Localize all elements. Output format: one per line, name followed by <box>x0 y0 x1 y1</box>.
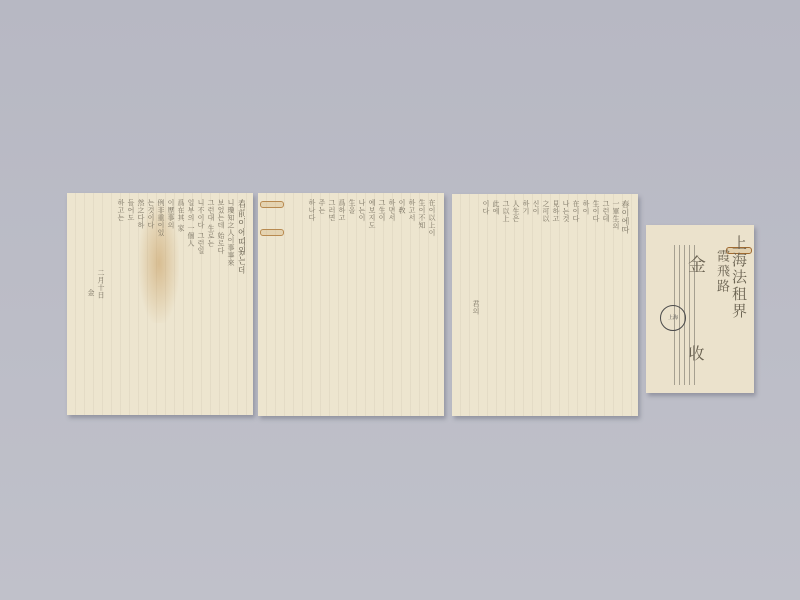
text-column: 例非重이있 <box>156 199 165 409</box>
text-column: 예보지도 <box>367 199 376 410</box>
envelope-recipient-line: 收 <box>686 345 704 363</box>
text-column: 신이 <box>531 200 540 410</box>
text-column: 然之다하 <box>136 199 145 409</box>
text-column: 니不이다 그런일 <box>196 199 205 409</box>
text-column: 일부의 一個人 <box>186 199 195 409</box>
text-column <box>106 199 115 409</box>
text-column: 生이不知 <box>417 199 426 410</box>
text-column: 在이以上이 <box>427 199 436 410</box>
text-column: 春이에따 <box>621 200 630 410</box>
text-column: 人生은 <box>511 200 520 410</box>
text-column: 하기 <box>521 200 530 410</box>
text-column: 니瓊知之人이事事來 <box>226 199 235 409</box>
text-column: 보었는데 始로다 <box>216 199 225 409</box>
text-column: 나는것 <box>561 200 570 410</box>
text-column: 그以上 <box>501 200 510 410</box>
signature-column: 二月十日 <box>96 269 105 409</box>
text-column: 之可以 <box>541 200 550 410</box>
envelope-address-line: 上海法租界 <box>730 235 748 320</box>
text-column: 그런대 生로는 <box>206 199 215 409</box>
text-column: 一軍生의 <box>611 200 620 410</box>
text-column: 하나다 <box>307 199 316 410</box>
text-column: 는것이다 <box>146 199 155 409</box>
text-column: 하고서 <box>407 199 416 410</box>
text-column: 그러면 <box>327 199 336 410</box>
text-column: 君의 <box>471 300 480 410</box>
postmark-stamp: 上海 <box>660 305 686 331</box>
text-column: 此에 <box>491 200 500 410</box>
handwritten-columns: 春이에따 一軍生의 그런데 生이다 하이 在이다 나는것 見하고 之可以 신이 … <box>460 200 630 410</box>
letter-sheet-3: 春이에따 一軍生의 그런데 生이다 하이 在이다 나는것 見하고 之可以 신이 … <box>452 194 638 416</box>
text-column: 주는 <box>317 199 326 410</box>
envelope-address-line: 霞飛路 <box>712 249 730 294</box>
text-column: 生이다 <box>591 200 600 410</box>
handwritten-columns: 春前이에따왔는데 니瓊知之人이事事來 보었는데 始로다 그런대 生로는 니不이다… <box>75 199 245 409</box>
text-column: 하면서 <box>387 199 396 410</box>
text-column: 하이 <box>581 200 590 410</box>
text-column: 하고는 <box>116 199 125 409</box>
text-column: 나는이 <box>357 199 366 410</box>
text-column: 爲在其 家 <box>176 199 185 409</box>
letter-sheet-1: 春前이에따왔는데 니瓊知之人이事事來 보었는데 始로다 그런대 生로는 니不이다… <box>67 193 253 415</box>
text-column: 이敎 <box>397 199 406 410</box>
text-column: 그런데 <box>601 200 610 410</box>
text-column: 生을 <box>347 199 356 410</box>
text-column: 在이다 <box>571 200 580 410</box>
text-column: 들어도 <box>126 199 135 409</box>
handwritten-columns: 在이以上이 生이不知 하고서 이敎 하면서 그生이 예보지도 나는이 生을 爲하… <box>266 199 436 410</box>
text-column: 이다 <box>481 200 490 410</box>
text-column: 그生이 <box>377 199 386 410</box>
signature-column: 金 <box>86 289 95 409</box>
text-column: 이歷事의 <box>166 199 175 409</box>
text-column: 春前이에따왔는데 <box>236 199 245 409</box>
text-column: 見하고 <box>551 200 560 410</box>
envelope-recipient-line: 金 <box>686 255 704 275</box>
letter-sheet-2: 在이以上이 生이不知 하고서 이敎 하면서 그生이 예보지도 나는이 生을 爲하… <box>258 193 444 416</box>
text-column: 爲하고 <box>337 199 346 410</box>
envelope: 上海 上海法租界 霞飛路 金 收 <box>646 225 754 393</box>
